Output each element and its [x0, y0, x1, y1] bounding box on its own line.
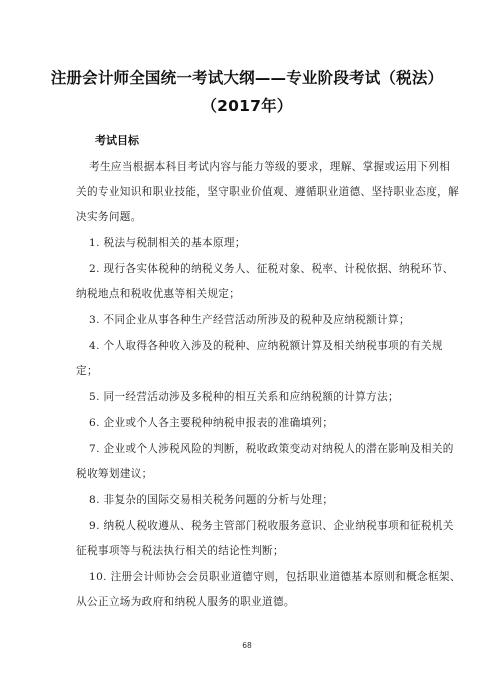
intro-line: 决实务问题。: [76, 209, 142, 224]
list-item-7-cont: 税收筹划建议；: [76, 466, 153, 481]
list-item-7: 7. 企业或个人涉税风险的判断，税收政策变动对纳税人的潜在影响及相关的: [89, 441, 454, 456]
list-item-8: 8. 非复杂的国际交易相关税务问题的分析与处理；: [89, 492, 333, 507]
document-title: 注册会计师全国统一考试大纲——专业阶段考试（税法）: [0, 66, 494, 88]
list-item-2: 2. 现行各实体税种的纳税义务人、征税对象、税率、计税依据、纳税环节、: [89, 261, 454, 276]
list-item-1: 1. 税法与税制相关的基本原理；: [89, 235, 246, 250]
page-number: 68: [0, 641, 494, 650]
list-item-4-cont: 定；: [76, 363, 98, 378]
section-heading: 考试目标: [95, 132, 139, 148]
list-item-3: 3. 不同企业从事各种生产经营活动所涉及的税种及应纳税额计算；: [89, 312, 410, 327]
list-item-5: 5. 同一经营活动涉及多税种的相互关系和应纳税额的计算方法；: [89, 389, 399, 404]
list-item-9-cont: 征税事项等与税法执行相关的结论性判断；: [76, 543, 284, 558]
document-subtitle-year: （2017年）: [0, 94, 494, 116]
list-item-9: 9. 纳税人税收遵从、税务主管部门税收服务意识、企业纳税事项和征税机关: [89, 518, 454, 533]
intro-line: 考生应当根据本科目考试内容与能力等级的要求，理解、掌握或运用下列相: [89, 159, 450, 174]
list-item-2-cont: 纳税地点和税收优惠等相关规定；: [76, 286, 240, 301]
list-item-10-cont: 从公正立场为政府和纳税人服务的职业道德。: [76, 594, 295, 609]
intro-line: 关的专业知识和职业技能，坚守职业价值观、遵循职业道德、坚持职业态度，解: [76, 184, 459, 199]
list-item-6: 6. 企业或个人各主要税种纳税申报表的准确填列；: [89, 415, 333, 430]
list-item-4: 4. 个人取得各种收入涉及的税种、应纳税额计算及相关纳税事项的有关规: [89, 338, 443, 353]
list-item-10: 10. 注册会计师协会会员职业道德守则，包括职业道德基本原则和概念框架、: [89, 569, 461, 584]
